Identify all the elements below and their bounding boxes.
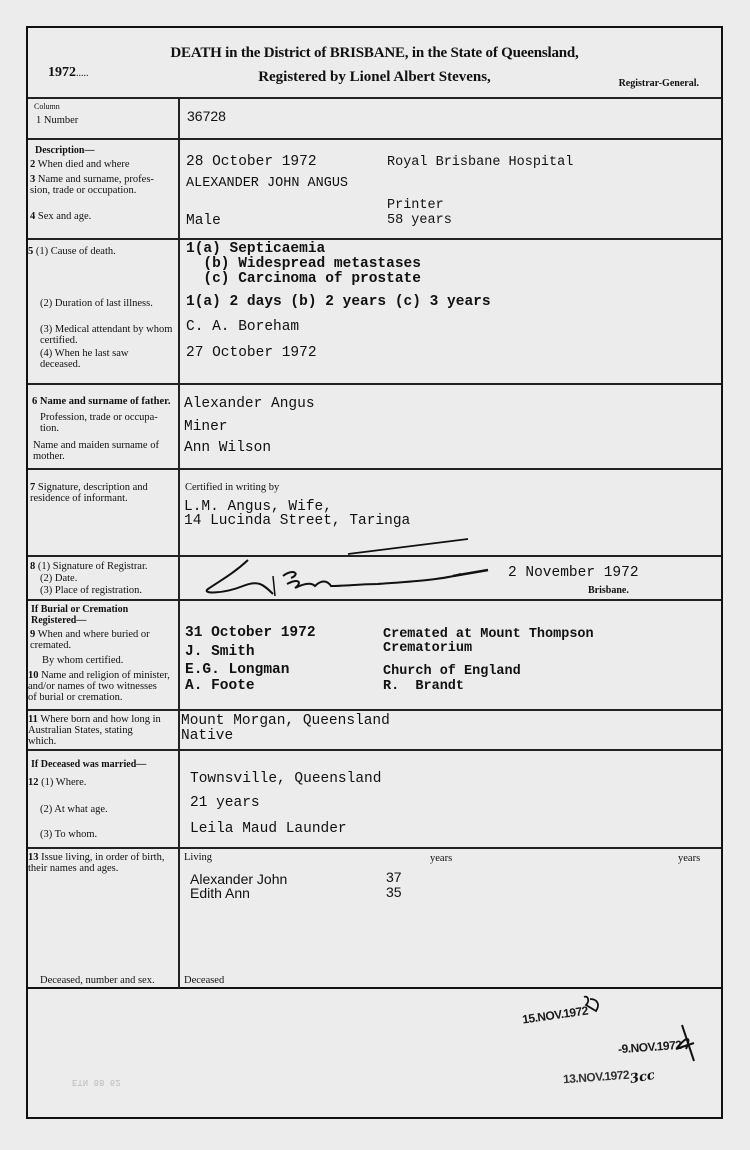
initial-mark-1 [580, 993, 605, 1018]
burial-when-label: 9 When and where buried or cremated. [30, 629, 150, 651]
child-2-age: 35 [386, 885, 402, 900]
father-label: 6 Name and surname of father. [32, 396, 170, 407]
child-1-age: 37 [386, 870, 402, 885]
last-saw-label: (4) When he last saw deceased. [40, 348, 150, 370]
row-divider [28, 138, 721, 140]
deceased-caption: Deceased [184, 975, 224, 986]
illness-duration: 1(a) 2 days (b) 2 years (c) 3 years [186, 295, 491, 310]
initial-mark-2 [672, 1023, 702, 1065]
row-divider [28, 383, 721, 385]
column-caption: Column [34, 101, 60, 112]
attendant-label: (3) Medical attendant by whom certified. [40, 324, 173, 346]
row-divider [28, 709, 721, 711]
medical-attendant: C. A. Boreham [186, 320, 299, 335]
sex-age-label: 4 Sex and age. [30, 211, 91, 222]
witness-2: R. Brandt [383, 679, 464, 694]
informant-label: 7 Signature, description and residence o… [30, 482, 148, 504]
sex: Male [186, 214, 221, 229]
cause-label: 5 (1) Cause of death. [28, 246, 116, 257]
years-caption-1: years [430, 853, 452, 864]
place-of-death: Royal Brisbane Hospital [387, 155, 573, 170]
birthplace-label: 11 Where born and how long in Australian… [28, 714, 161, 747]
registration-date: 2 November 1972 [508, 566, 639, 581]
title-line-2: Registered by Lionel Albert Stevens, [28, 69, 721, 86]
when-died-label: 2 When died and where [30, 159, 130, 170]
australia-duration: Native [181, 729, 233, 744]
marriage-place: Townsville, Queensland [190, 772, 381, 787]
description-heading: Description— [35, 145, 94, 156]
certified-caption: Certified in writing by [185, 482, 279, 493]
minister-name: E.G. Longman [185, 663, 289, 678]
mother-label: Name and maiden surname of mother. [33, 440, 159, 462]
column-divider [178, 97, 180, 989]
years-caption-2: years [678, 853, 700, 864]
registration-number: 36728 [187, 109, 226, 124]
age: 58 years [387, 213, 452, 228]
mother-name: Ann Wilson [184, 441, 271, 456]
minister-label: 10 Name and religion of minister, and/or… [28, 670, 170, 703]
registrar-sig-label: 8 (1) Signature of Registrar. [30, 561, 148, 572]
father-profession: Miner [184, 420, 228, 435]
death-certificate: DEATH in the District of BRISBANE, in th… [26, 26, 723, 989]
row-divider [28, 238, 721, 240]
date-of-death: 28 October 1972 [186, 155, 317, 170]
child-2-name: Edith Ann [190, 886, 250, 901]
cause-c: (c) Carcinoma of prostate [186, 272, 421, 287]
registration-year: 1972..... [48, 65, 89, 81]
row-divider [28, 847, 721, 849]
number-label: 1 Number [36, 115, 78, 126]
father-name: Alexander Angus [184, 397, 315, 412]
burial-place-2: Crematorium [383, 641, 472, 656]
married-heading: If Deceased was married— [31, 759, 146, 770]
burial-date: 31 October 1972 [185, 626, 316, 641]
row-divider [28, 468, 721, 470]
informant-line-2: 14 Lucinda Street, Taringa [184, 514, 410, 529]
registrar-signature [203, 534, 503, 604]
marriage-age-label: (2) At what age. [40, 804, 108, 815]
witness-1: A. Foote [185, 679, 255, 694]
living-caption: Living [184, 852, 212, 863]
certificate-header: DEATH in the District of BRISBANE, in th… [28, 28, 721, 99]
deceased-name: ALEXANDER JOHN ANGUS [186, 176, 348, 191]
registrar-role: Registrar-General. [619, 78, 699, 89]
burial-place-1: Cremated at Mount Thompson [383, 627, 594, 642]
reg-place-label: (3) Place of registration. [40, 585, 142, 596]
row-divider [28, 749, 721, 751]
issue-label: 13 Issue living, in order of birth, thei… [28, 852, 164, 874]
certified-by: J. Smith [185, 645, 255, 660]
margin-mark: ETN 88 62 [72, 1077, 121, 1087]
name-label: 3 Name and surname, profes- sion, trade … [30, 174, 154, 196]
cause-a: 1(a) Septicaemia [186, 242, 325, 257]
minister-religion: Church of England [383, 664, 521, 679]
burial-heading: If Burial or Cremation Registered— [31, 604, 128, 626]
row-divider [28, 599, 721, 601]
last-saw-date: 27 October 1972 [186, 346, 317, 361]
father-profession-label: Profession, trade or occupa- tion. [40, 412, 158, 434]
duration-label: (2) Duration of last illness. [40, 298, 153, 309]
spouse-label: (3) To whom. [40, 829, 97, 840]
marriage-age: 21 years [190, 796, 260, 811]
birthplace: Mount Morgan, Queensland [181, 714, 390, 729]
reg-date-label: (2) Date. [40, 573, 77, 584]
marriage-where-label: 12 (1) Where. [28, 777, 86, 788]
cause-b: (b) Widespread metastases [186, 257, 421, 272]
spouse-name: Leila Maud Launder [190, 822, 347, 837]
deceased-issue-label: Deceased, number and sex. [40, 975, 155, 986]
title-line-1: DEATH in the District of BRISBANE, in th… [28, 45, 721, 62]
registration-place: Brisbane. [588, 585, 629, 596]
certified-by-label: By whom certified. [42, 655, 123, 666]
occupation: Printer [387, 198, 444, 213]
